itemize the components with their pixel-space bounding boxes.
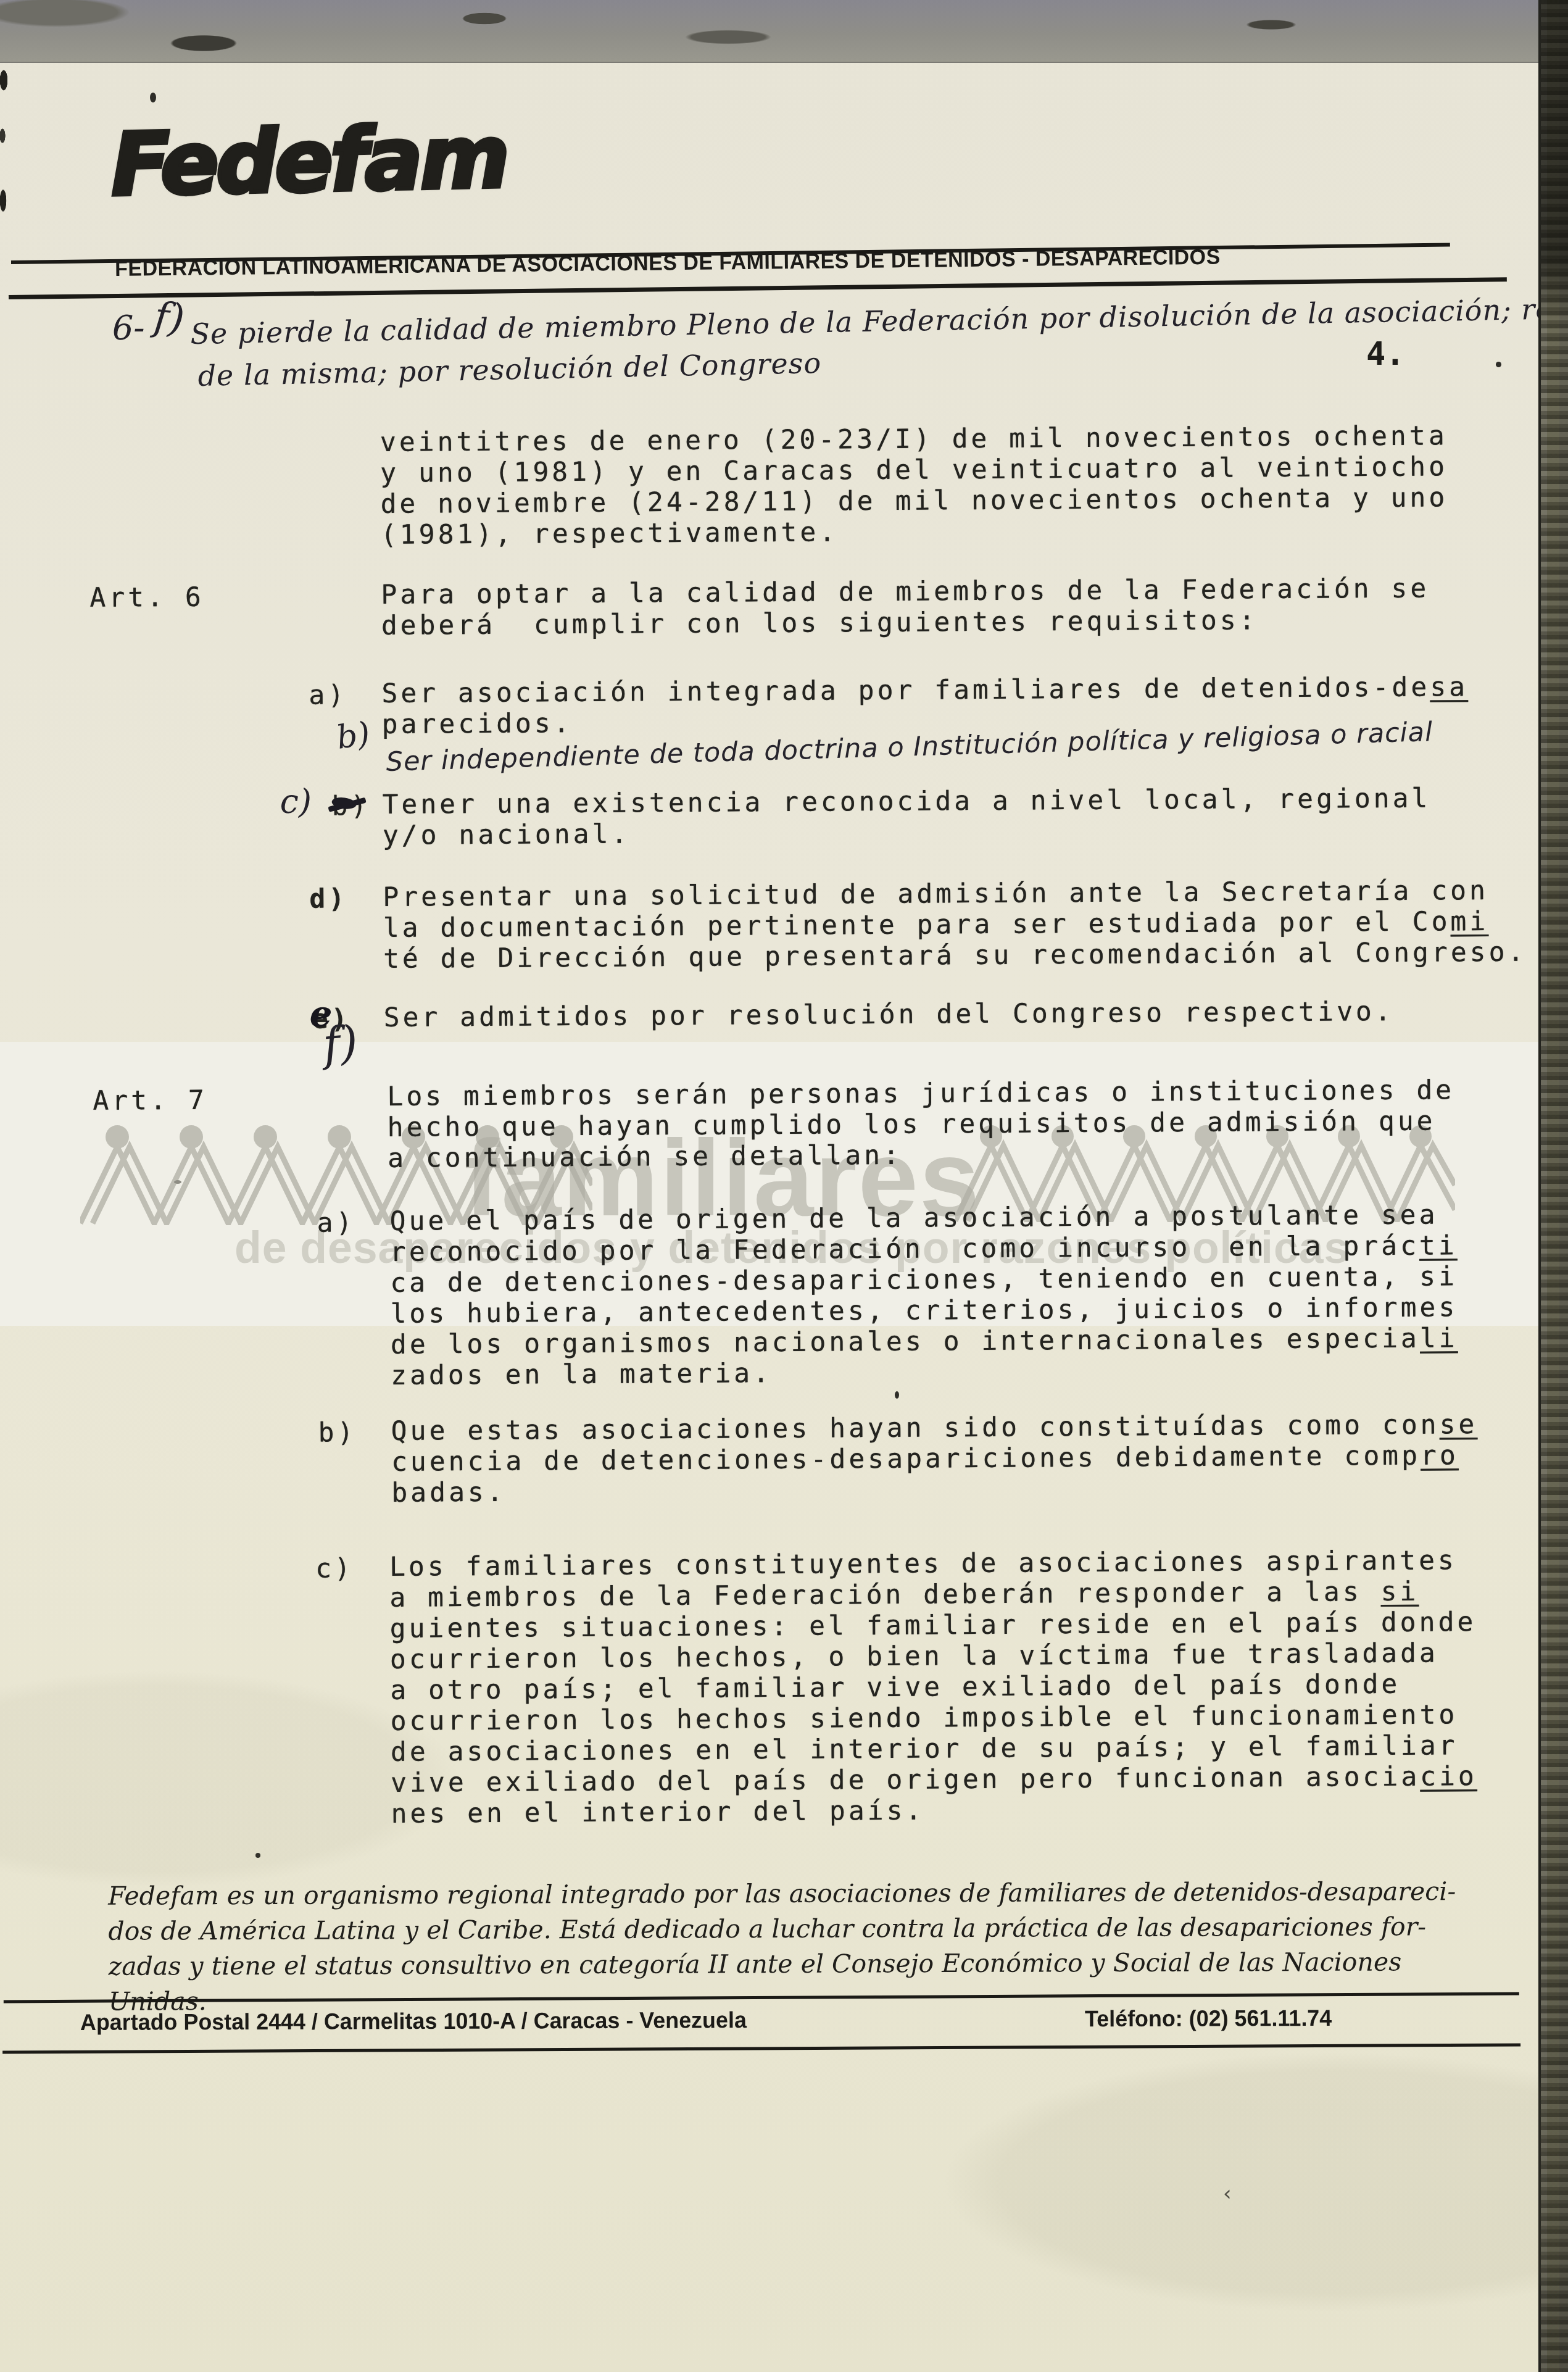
- item-a6-marker: a): [309, 680, 347, 710]
- item-b7-marker: b): [318, 1417, 357, 1448]
- text-line: de los organismos nacionales o internaci…: [391, 1323, 1458, 1360]
- text-line: de noviembre (24-28/11) de mil novecient…: [380, 482, 1448, 520]
- scan-right-edge-strip: [1538, 0, 1568, 2372]
- ink-speck: [895, 1391, 899, 1399]
- text-line: y/o nacional.: [383, 814, 1431, 851]
- ink-speck: [1496, 362, 1501, 367]
- item-b7-text: Que estas asociaciones hayan sido consti…: [391, 1409, 1479, 1509]
- handwritten-b-marker: b): [334, 715, 373, 757]
- ink-speck: [174, 1180, 181, 1184]
- text-line: Ser admitidos por resolución del Congres…: [384, 996, 1394, 1033]
- stray-mark: ‹: [1223, 2181, 1232, 2206]
- item-c7-marker: c): [315, 1553, 354, 1584]
- text-line: zadas y tiene el status consultivo en ca…: [109, 1944, 1456, 1984]
- article-6-paragraph: Para optar a la calidad de miembros de l…: [381, 573, 1429, 641]
- postal-address: Apartado Postal 2444 / Carmelitas 1010-A…: [80, 2007, 747, 2036]
- text-line: deberá cumplir con los siguientes requis…: [381, 604, 1430, 641]
- item-d6-text: Presentar una solicitud de admisión ante…: [383, 875, 1527, 975]
- article-7-label: Art. 7: [93, 1085, 207, 1117]
- item-d6-marker: d): [309, 883, 347, 914]
- item-e6-text: Ser admitidos por resolución del Congres…: [384, 996, 1394, 1033]
- article-6-label: Art. 6: [89, 582, 204, 614]
- article-7-paragraph: Los miembros serán personas jurídicas o …: [387, 1075, 1455, 1174]
- text-line: hecho que hayan cumplido los requisitos …: [388, 1105, 1455, 1143]
- text-line: a continuación se detallan:: [388, 1136, 1455, 1174]
- footer-rule-bottom: [2, 2043, 1520, 2054]
- text-line: Tener una existencia reconocida a nivel …: [382, 783, 1430, 820]
- text-line: Fedefam es un organismo regional integra…: [108, 1874, 1456, 1914]
- text-line: dos de América Latina y el Caribe. Está …: [108, 1909, 1456, 1949]
- footer: Fedefam es un organismo regional integra…: [0, 1849, 1562, 2114]
- ink-speck: [255, 1853, 260, 1858]
- ink-speck: [150, 93, 156, 102]
- item-a7-marker: a): [317, 1207, 355, 1238]
- text-line: (1981), respectivamente.: [381, 513, 1448, 551]
- handwritten-f-marker: f): [321, 1015, 360, 1072]
- handwritten-c-marker: c): [280, 782, 312, 821]
- text-line: té de Dirección que presentará su recome…: [383, 937, 1527, 975]
- scanned-document-page: { "page_number": "4.", "header": { "logo…: [0, 0, 1568, 2372]
- text-line: Para optar a la calidad de miembros de l…: [381, 573, 1429, 610]
- intro-paragraph: veintitres de enero (20-23/I) de mil nov…: [380, 420, 1448, 551]
- document-body: veintitres de enero (20-23/I) de mil nov…: [0, 0, 1568, 1918]
- item-a7-text: Que el país de origen de la asociación a…: [390, 1199, 1459, 1391]
- text-line: zados en la materia.: [391, 1354, 1458, 1391]
- phone-number: Teléfono: (02) 561.11.74: [1085, 2005, 1332, 2032]
- item-b6-text: Tener una existencia reconocida a nivel …: [382, 783, 1430, 851]
- text-line: nes en el interior del país.: [391, 1792, 1477, 1829]
- item-c7-text: Los familiares constituyentes de asociac…: [389, 1545, 1477, 1829]
